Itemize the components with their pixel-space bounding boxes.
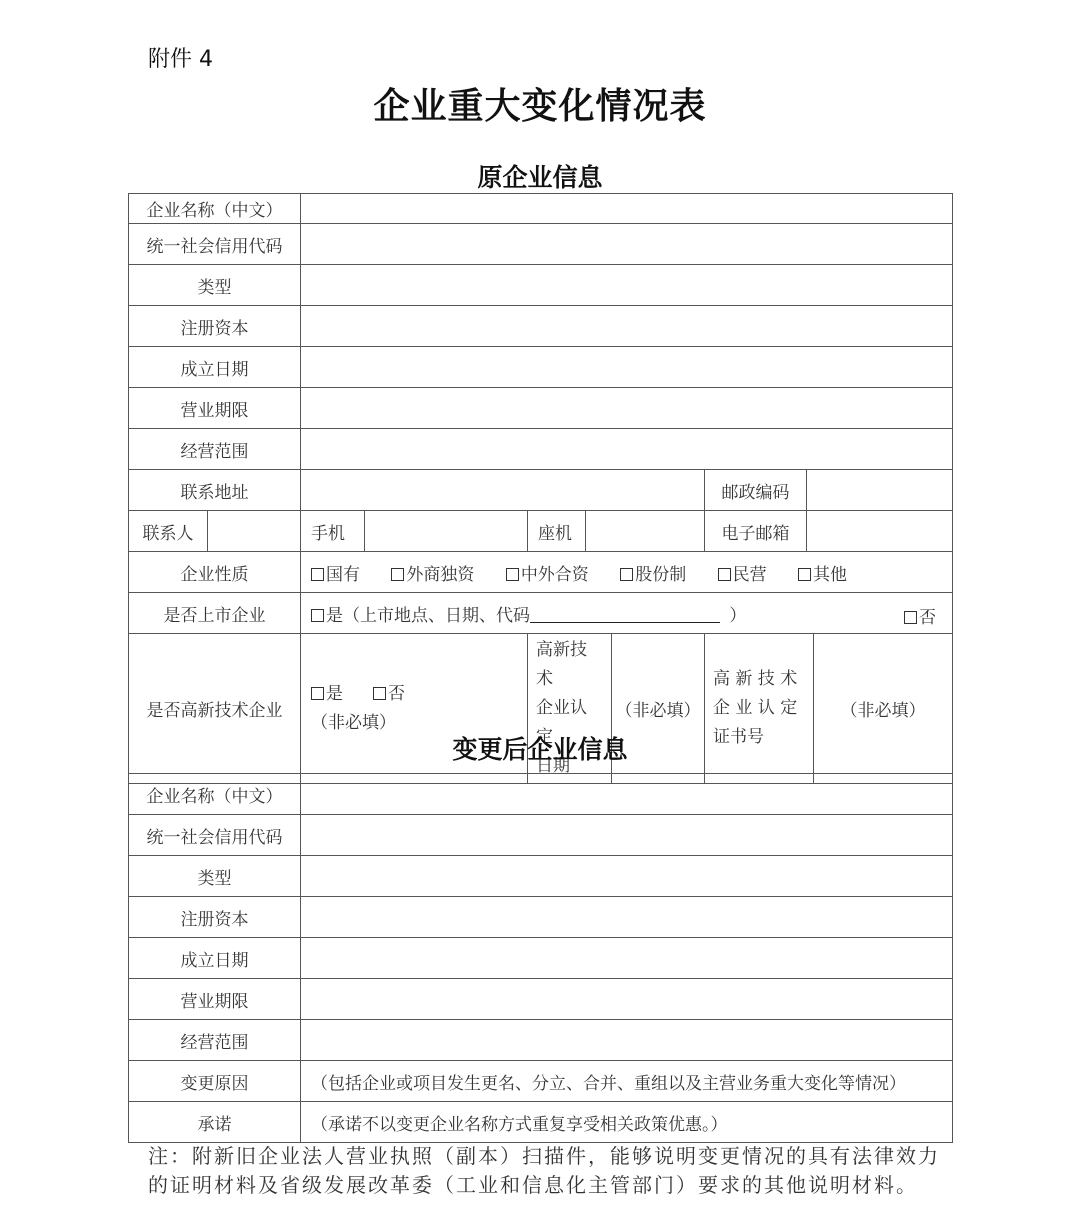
field-label: 座机 xyxy=(528,511,586,552)
checkbox-foreign-owned[interactable]: 外商独资 xyxy=(391,560,474,585)
field-label: 企业名称（中文） xyxy=(129,774,301,815)
field-label: 联系人 xyxy=(129,511,208,552)
address-input[interactable] xyxy=(301,470,705,511)
attachment-label: 附件 4 xyxy=(148,42,213,73)
field-label: 手机 xyxy=(301,511,365,552)
section-title-original: 原企业信息 xyxy=(0,158,1080,194)
table-row: 营业期限 xyxy=(129,979,953,1020)
contact-person-input[interactable] xyxy=(208,511,301,552)
checkbox-hightech-no[interactable]: 否 xyxy=(373,684,405,704)
section-title-changed: 变更后企业信息 xyxy=(0,730,1080,766)
registered-capital-input[interactable] xyxy=(301,306,953,347)
field-label: 注册资本 xyxy=(129,306,301,347)
changed-info-table: 企业名称（中文） 统一社会信用代码 类型 注册资本 成立日期 营业期限 经营范围… xyxy=(128,773,953,1143)
footnote: 注：附新旧企业法人营业执照（副本）扫描件，能够说明变更情况的具有法律效力 的证明… xyxy=(148,1142,948,1200)
table-row: 企业性质 国有 外商独资 中外合资 股份制 民营 其他 xyxy=(129,552,953,593)
business-scope-input[interactable] xyxy=(301,429,953,470)
new-business-scope-input[interactable] xyxy=(301,1020,953,1061)
type-input[interactable] xyxy=(301,265,953,306)
page-title: 企业重大变化情况表 xyxy=(0,78,1080,129)
field-label: 统一社会信用代码 xyxy=(129,815,301,856)
field-label: 营业期限 xyxy=(129,979,301,1020)
checkbox-icon xyxy=(718,568,731,581)
table-row: 统一社会信用代码 xyxy=(129,815,953,856)
field-label: 经营范围 xyxy=(129,1020,301,1061)
checkbox-listed-no[interactable]: 否 xyxy=(904,603,936,628)
checkbox-other[interactable]: 其他 xyxy=(798,560,847,585)
field-label: 类型 xyxy=(129,265,301,306)
field-label: 联系地址 xyxy=(129,470,301,511)
new-credit-code-input[interactable] xyxy=(301,815,953,856)
field-label: 承诺 xyxy=(129,1102,301,1143)
field-label: 类型 xyxy=(129,856,301,897)
new-establish-date-input[interactable] xyxy=(301,938,953,979)
company-name-input[interactable] xyxy=(301,194,953,224)
table-row: 联系地址 邮政编码 xyxy=(129,470,953,511)
landline-input[interactable] xyxy=(586,511,705,552)
establish-date-input[interactable] xyxy=(301,347,953,388)
field-label: 是否上市企业 xyxy=(129,593,301,634)
table-row: 成立日期 xyxy=(129,347,953,388)
field-label: 经营范围 xyxy=(129,429,301,470)
listed-options: 是（上市地点、日期、代码 ） 否 xyxy=(301,593,953,634)
field-label: 营业期限 xyxy=(129,388,301,429)
field-label: 邮政编码 xyxy=(705,470,807,511)
email-input[interactable] xyxy=(807,511,953,552)
checkbox-icon xyxy=(311,568,324,581)
table-row: 统一社会信用代码 xyxy=(129,224,953,265)
postal-code-input[interactable] xyxy=(807,470,953,511)
original-info-table: 企业名称（中文） 统一社会信用代码 类型 注册资本 成立日期 营业期限 经营范围… xyxy=(128,193,953,784)
table-row: 是否上市企业 是（上市地点、日期、代码 ） 否 xyxy=(129,593,953,634)
checkbox-private[interactable]: 民营 xyxy=(718,560,767,585)
field-label: 企业性质 xyxy=(129,552,301,593)
field-label: 成立日期 xyxy=(129,938,301,979)
listing-details-input[interactable] xyxy=(530,606,720,623)
table-row: 营业期限 xyxy=(129,388,953,429)
table-row: 联系人 手机 座机 电子邮箱 xyxy=(129,511,953,552)
table-row: 注册资本 xyxy=(129,306,953,347)
checkbox-state-owned[interactable]: 国有 xyxy=(311,560,360,585)
field-label: 企业名称（中文） xyxy=(129,194,301,224)
mobile-input[interactable] xyxy=(365,511,528,552)
field-label: 注册资本 xyxy=(129,897,301,938)
table-row: 承诺 （承诺不以变更企业名称方式重复享受相关政策优惠。） xyxy=(129,1102,953,1143)
new-type-input[interactable] xyxy=(301,856,953,897)
checkbox-listed-yes[interactable]: 是（上市地点、日期、代码 xyxy=(311,606,530,626)
checkbox-icon xyxy=(391,568,404,581)
field-label: 统一社会信用代码 xyxy=(129,224,301,265)
new-company-name-input[interactable] xyxy=(301,774,953,815)
checkbox-icon xyxy=(904,611,917,624)
checkbox-icon xyxy=(798,568,811,581)
field-label: 电子邮箱 xyxy=(705,511,807,552)
change-reason-input[interactable]: （包括企业或项目发生更名、分立、合并、重组以及主营业务重大变化等情况） xyxy=(301,1061,953,1102)
table-row: 企业名称（中文） xyxy=(129,774,953,815)
table-row: 成立日期 xyxy=(129,938,953,979)
checkbox-joint-stock[interactable]: 股份制 xyxy=(620,560,686,585)
table-row: 变更原因 （包括企业或项目发生更名、分立、合并、重组以及主营业务重大变化等情况） xyxy=(129,1061,953,1102)
field-label: 变更原因 xyxy=(129,1061,301,1102)
checkbox-icon xyxy=(620,568,633,581)
commitment-input[interactable]: （承诺不以变更企业名称方式重复享受相关政策优惠。） xyxy=(301,1102,953,1143)
new-registered-capital-input[interactable] xyxy=(301,897,953,938)
table-row: 类型 xyxy=(129,856,953,897)
field-label: 成立日期 xyxy=(129,347,301,388)
table-row: 企业名称（中文） xyxy=(129,194,953,224)
checkbox-icon xyxy=(373,687,386,700)
company-nature-options: 国有 外商独资 中外合资 股份制 民营 其他 xyxy=(301,552,953,593)
checkbox-icon xyxy=(506,568,519,581)
credit-code-input[interactable] xyxy=(301,224,953,265)
table-row: 经营范围 xyxy=(129,1020,953,1061)
business-term-input[interactable] xyxy=(301,388,953,429)
table-row: 类型 xyxy=(129,265,953,306)
table-row: 经营范围 xyxy=(129,429,953,470)
table-row: 注册资本 xyxy=(129,897,953,938)
checkbox-hightech-yes[interactable]: 是 xyxy=(311,684,343,704)
checkbox-joint-venture[interactable]: 中外合资 xyxy=(506,560,589,585)
new-business-term-input[interactable] xyxy=(301,979,953,1020)
checkbox-icon xyxy=(311,687,324,700)
checkbox-icon xyxy=(311,609,324,622)
